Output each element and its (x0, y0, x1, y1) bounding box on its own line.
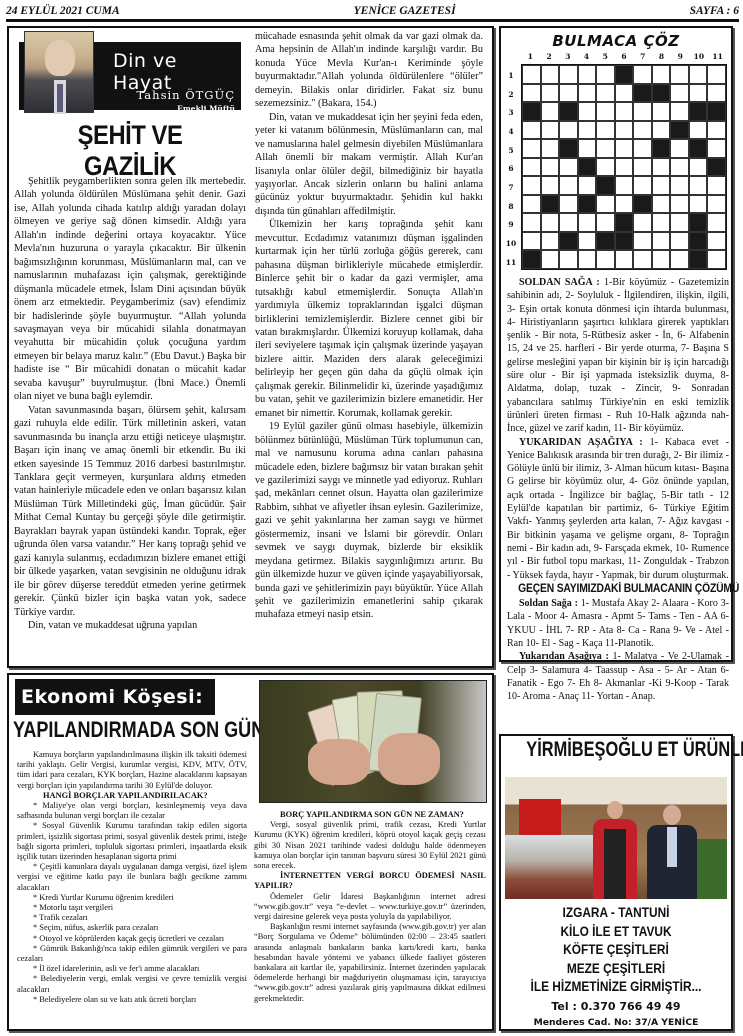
crossword-cell[interactable] (633, 139, 652, 158)
crossword-cell[interactable] (596, 102, 615, 121)
author-face (45, 40, 75, 76)
crossword-cell[interactable] (633, 250, 652, 269)
crossword-black-cell (652, 84, 671, 103)
ad-line: KİLO İLE ET TAVUK (515, 923, 717, 942)
author-photo (24, 31, 94, 113)
clues-down-label: YUKARIDAN AŞAĞIYA : (519, 437, 643, 448)
crossword-cell[interactable] (633, 65, 652, 84)
paragraph: Şehitlik peygamberlikten sonra gelen ilk… (14, 175, 246, 404)
crossword-black-cell (615, 65, 634, 84)
crossword-cell[interactable] (522, 176, 541, 195)
solution-down: Yukarıdan Aşağıya : 1- Malatya - Ve 2-Ul… (507, 650, 729, 703)
crossword-cell[interactable] (522, 213, 541, 232)
clues-across-label: SOLDAN SAĞA : (519, 277, 600, 288)
crossword-black-cell (689, 213, 708, 232)
paragraph: Vatan savunmasında başarı, ölürsem şehit… (14, 404, 246, 619)
crossword-black-cell (596, 176, 615, 195)
crossword-cell[interactable] (670, 65, 689, 84)
paragraph: Ülkemizin her karış toprağında şehit kan… (255, 218, 483, 420)
crossword-cell[interactable] (670, 176, 689, 195)
crossword-cell[interactable] (670, 250, 689, 269)
crossword-black-cell (559, 102, 578, 121)
crossword-cell[interactable] (652, 195, 671, 214)
paragraph: mücahade esnasında şehit olmak da var ga… (255, 30, 483, 111)
crossword-cell[interactable] (522, 195, 541, 214)
solution-across-label: Soldan Sağa : (519, 598, 578, 609)
crossword-cell[interactable] (578, 213, 597, 232)
crossword-cell[interactable] (689, 65, 708, 84)
crossword-black-cell (707, 158, 726, 177)
clues-across: SOLDAN SAĞA : 1-Bir köyümüz - Gazetemizi… (507, 276, 729, 436)
crossword-cell[interactable] (615, 158, 634, 177)
crossword-black-cell (615, 213, 634, 232)
list-item: * Otoyol ve köprülerden kaçak geçiş ücre… (17, 934, 247, 944)
author-tie (57, 84, 63, 112)
ad-line: İLE HİZMETİNİZE GİRMİŞTİR... (515, 978, 717, 997)
list-item: * Motorlu taşıt vergileri (17, 903, 247, 913)
meat-display-counter (505, 835, 600, 899)
crossword-cell[interactable] (652, 102, 671, 121)
crossword-row-numbers: 1234567891011 (503, 66, 519, 272)
shop-photo (505, 777, 727, 899)
crossword-black-cell (578, 195, 597, 214)
crossword-cell[interactable] (689, 195, 708, 214)
paragraph: Din, vatan ve mukaddesat uğruna yapılan (14, 619, 246, 632)
crossword-black-cell (689, 102, 708, 121)
row-number: 9 (503, 220, 519, 229)
crossword-cell[interactable] (670, 84, 689, 103)
list-item: * İl özel idarelerinin, asli ve fer'i am… (17, 964, 247, 974)
subheading: İNTERNETTEN VERGİ BORCU ÖDEMESİ NASIL YA… (254, 871, 486, 891)
article-headline: ŞEHİT VE GAZİLİK (31, 120, 230, 182)
paragraph: 19 Eylül gaziler günü olması hasebiyle, … (255, 420, 483, 622)
crossword-cell[interactable] (670, 139, 689, 158)
crossword-cell[interactable] (578, 65, 597, 84)
crossword-cell[interactable] (633, 158, 652, 177)
ad-phone: Tel : 0.370 766 49 49 (501, 1000, 731, 1013)
right-hand (378, 733, 440, 785)
solution-across: Soldan Sağa : 1- Mustafa Akay 2- Alaara … (507, 597, 729, 650)
crossword-cell[interactable] (652, 250, 671, 269)
crossword-cell[interactable] (707, 250, 726, 269)
crossword-cell[interactable] (652, 232, 671, 251)
crossword-cell[interactable] (689, 121, 708, 140)
column-number: 4 (577, 52, 596, 61)
crossword-cell[interactable] (707, 121, 726, 140)
ad-address: Menderes Cad. No: 37/A YENİCE (501, 1017, 731, 1028)
crossword-cell[interactable] (559, 176, 578, 195)
crossword-cell[interactable] (652, 158, 671, 177)
issue-date: 24 EYLÜL 2021 CUMA (6, 5, 120, 17)
crossword-black-cell (541, 195, 560, 214)
column-number: 5 (596, 52, 615, 61)
crossword-cell[interactable] (522, 65, 541, 84)
crossword-black-cell (522, 250, 541, 269)
crossword-column-numbers: 1234567891011 (521, 52, 727, 61)
author-name: Tahsin ÖTGÜÇ (137, 88, 235, 102)
clues-down: YUKARIDAN AŞAĞIYA : 1- Kabaca evet - Yen… (507, 436, 729, 582)
crossword-cell[interactable] (559, 84, 578, 103)
crossword-cell[interactable] (578, 250, 597, 269)
crossword-cell[interactable] (578, 176, 597, 195)
crossword-cell[interactable] (522, 84, 541, 103)
flower-stand (697, 839, 727, 899)
crossword-cell[interactable] (707, 65, 726, 84)
column-number: 11 (708, 52, 727, 61)
row-number: 10 (503, 239, 519, 248)
crossword-cell[interactable] (596, 84, 615, 103)
list-item: * Belediyelere olan su ve katı atık ücre… (17, 995, 247, 1005)
row-number: 7 (503, 183, 519, 192)
crossword-cell[interactable] (670, 102, 689, 121)
crossword-black-cell (652, 139, 671, 158)
crossword-cell[interactable] (578, 139, 597, 158)
list-item: * Seçim, nüfus, askerlik para cezaları (17, 923, 247, 933)
list-item: * Kredi Yurtlar Kurumu öğrenim kredileri (17, 893, 247, 903)
ad-title: YİRMİBEŞOĞLU ET ÜRÜNLERİ (526, 738, 705, 762)
crossword-cell[interactable] (541, 139, 560, 158)
crossword-cell[interactable] (522, 232, 541, 251)
crossword-cell[interactable] (596, 195, 615, 214)
economy-column-2: BORÇ YAPILANDIRMA SON GÜN NE ZAMAN? Verg… (254, 810, 486, 1004)
row-number: 6 (503, 164, 519, 173)
crossword-title: BULMACA ÇÖZ (501, 32, 731, 50)
paragraph: Ödemeler Gelir İdaresi Başkanlığının int… (254, 892, 486, 923)
crossword-cell[interactable] (559, 250, 578, 269)
column-number: 6 (615, 52, 634, 61)
column-article: Din ve Hayat Tahsin ÖTGÜÇ Emekli Müftü Ş… (7, 26, 494, 668)
crossword-cell[interactable] (596, 121, 615, 140)
column-number: 10 (690, 52, 709, 61)
crossword-cell[interactable] (596, 158, 615, 177)
crossword-cell[interactable] (541, 232, 560, 251)
intro-paragraph: Kamuya borçların yapılandırılmasına iliş… (17, 750, 247, 791)
crossword-puzzle: BULMACA ÇÖZ 1234567891011 1234567891011 … (499, 26, 733, 662)
crossword-cell[interactable] (707, 232, 726, 251)
column-number: 8 (652, 52, 671, 61)
crossword-cell[interactable] (633, 232, 652, 251)
crossword-cell[interactable] (670, 158, 689, 177)
crossword-cell[interactable] (689, 176, 708, 195)
crossword-cell[interactable] (559, 213, 578, 232)
masthead: 24 EYLÜL 2021 CUMA YENİCE GAZETESİ SAYFA… (6, 2, 739, 20)
crossword-cell[interactable] (652, 65, 671, 84)
crossword-clues: SOLDAN SAĞA : 1-Bir köyümüz - Gazetemizi… (507, 276, 729, 704)
crossword-cell[interactable] (541, 65, 560, 84)
list-item: * Trafik cezaları (17, 913, 247, 923)
row-number: 5 (503, 146, 519, 155)
crossword-black-cell (633, 195, 652, 214)
ad-line: IZGARA - TANTUNİ (515, 904, 717, 923)
crossword-cell[interactable] (541, 158, 560, 177)
crossword-cell[interactable] (689, 84, 708, 103)
ad-line: KÖFTE ÇEŞİTLERİ (515, 941, 717, 960)
crossword-cell[interactable] (670, 213, 689, 232)
crossword-cell[interactable] (559, 121, 578, 140)
crossword-cell[interactable] (541, 176, 560, 195)
crossword-cell[interactable] (615, 121, 634, 140)
crossword-cell[interactable] (578, 84, 597, 103)
section-badge: Ekonomi Köşesi: (15, 679, 215, 715)
crossword-cell[interactable] (578, 102, 597, 121)
list-item: * Gümrük Bakanlığı'nca takip edilen gümr… (17, 944, 247, 964)
crossword-cell[interactable] (578, 232, 597, 251)
article-column-2: mücahade esnasında şehit olmak da var ga… (255, 30, 483, 622)
clues-down-text: 1- Kabaca evet - Yenice Balıkısık arasın… (507, 437, 729, 581)
list-item: * Sosyal Güvenlik Kurumu tarafından taki… (17, 821, 247, 862)
masthead-divider (6, 19, 739, 22)
crossword-cell[interactable] (707, 195, 726, 214)
list-item: * Çeşitli kanunlara dayalı uygulanan dam… (17, 862, 247, 893)
crossword-black-cell (633, 84, 652, 103)
crossword-cell[interactable] (633, 213, 652, 232)
left-hand (308, 739, 370, 785)
crossword-cell[interactable] (707, 84, 726, 103)
crossword-cell[interactable] (652, 176, 671, 195)
crossword-black-cell (596, 232, 615, 251)
crossword-cell[interactable] (578, 121, 597, 140)
economy-column-1: Kamuya borçların yapılandırılmasına iliş… (17, 750, 247, 1005)
column-number: 7 (633, 52, 652, 61)
crossword-cell[interactable] (615, 176, 634, 195)
column-number: 9 (671, 52, 690, 61)
butcher-advertisement: YİRMİBEŞOĞLU ET ÜRÜNLERİ IZGARA - TANTUN… (499, 734, 733, 1031)
crossword-cell[interactable] (596, 250, 615, 269)
crossword-black-cell (522, 102, 541, 121)
author-title: Emekli Müftü (177, 104, 235, 113)
crossword-cell[interactable] (559, 195, 578, 214)
crossword-black-cell (670, 121, 689, 140)
crossword-cell[interactable] (633, 102, 652, 121)
row-number: 11 (503, 258, 519, 267)
subheading: HANGİ BORÇLAR YAPILANDIRILACAK? (17, 791, 247, 801)
crossword-cell[interactable] (615, 195, 634, 214)
crossword-cell[interactable] (615, 139, 634, 158)
economy-article: Ekonomi Köşesi: YAPILANDIRMADA SON GÜNLE… (7, 673, 494, 1031)
economy-headline: YAPILANDIRMADA SON GÜNLER (13, 717, 207, 743)
column-number: 3 (558, 52, 577, 61)
crossword-cell[interactable] (670, 195, 689, 214)
crossword-black-cell (689, 232, 708, 251)
crossword-cell[interactable] (707, 139, 726, 158)
crossword-cell[interactable] (615, 84, 634, 103)
row-number: 3 (503, 108, 519, 117)
crossword-cell[interactable] (615, 250, 634, 269)
crossword-black-cell (707, 102, 726, 121)
crossword-cell[interactable] (707, 176, 726, 195)
crossword-cell[interactable] (559, 65, 578, 84)
crossword-black-cell (689, 250, 708, 269)
row-number: 1 (503, 71, 519, 80)
crossword-cell[interactable] (596, 213, 615, 232)
crossword-black-cell (559, 139, 578, 158)
crossword-cell[interactable] (522, 158, 541, 177)
crossword-cell[interactable] (522, 139, 541, 158)
solution-title: GEÇEN SAYIMIZDAKİ BULMACANIN ÇÖZÜMÜ (518, 583, 718, 596)
paragraph: Başkanlığın resmi internet sayfasında (w… (254, 922, 486, 1004)
crossword-cell[interactable] (541, 213, 560, 232)
ad-services: IZGARA - TANTUNİ KİLO İLE ET TAVUK KÖFTE… (501, 904, 731, 997)
article-column-1: Şehitlik peygamberlikten sonra gelen ilk… (14, 175, 246, 632)
crossword-cell[interactable] (707, 213, 726, 232)
crossword-cell[interactable] (633, 121, 652, 140)
page-number: SAYFA : 6 (690, 5, 739, 17)
column-number: 2 (540, 52, 559, 61)
crossword-black-cell (689, 139, 708, 158)
crossword-cell[interactable] (670, 232, 689, 251)
row-number: 8 (503, 202, 519, 211)
subheading: BORÇ YAPILANDIRMA SON GÜN NE ZAMAN? (254, 810, 486, 820)
crossword-cell[interactable] (522, 121, 541, 140)
column-number: 1 (521, 52, 540, 61)
crossword-cell[interactable] (689, 158, 708, 177)
ad-line: MEZE ÇEŞİTLERİ (515, 960, 717, 979)
paragraph: Vergi, sosyal güvenlik primi, trafik cez… (254, 820, 486, 871)
crossword-cell[interactable] (652, 121, 671, 140)
list-item: * Maliye'ye olan vergi borçları, kesinle… (17, 801, 247, 821)
crossword-cell[interactable] (541, 250, 560, 269)
crossword-cell[interactable] (596, 65, 615, 84)
clues-across-text: 1-Bir köyümüz - Gazetemizin sahibinin ad… (507, 277, 729, 434)
crossword-cell[interactable] (615, 102, 634, 121)
crossword-cell[interactable] (541, 84, 560, 103)
crossword-black-cell (578, 158, 597, 177)
crossword-black-cell (559, 232, 578, 251)
row-number: 4 (503, 127, 519, 136)
money-photo (259, 680, 487, 803)
butcher-person (593, 801, 637, 899)
crossword-cell[interactable] (541, 102, 560, 121)
newspaper-name: YENİCE GAZETESİ (354, 5, 456, 17)
crossword-grid[interactable] (521, 64, 727, 270)
crossword-cell[interactable] (559, 158, 578, 177)
crossword-cell[interactable] (541, 121, 560, 140)
owner-person (647, 805, 697, 899)
crossword-cell[interactable] (652, 213, 671, 232)
paragraph: Din, vatan ve mukaddesat için her şeyini… (255, 111, 483, 219)
list-item: * Belediyelerin vergi, emlak vergisi ve … (17, 974, 247, 994)
crossword-cell[interactable] (633, 176, 652, 195)
row-number: 2 (503, 90, 519, 99)
crossword-cell[interactable] (596, 139, 615, 158)
crossword-black-cell (615, 232, 634, 251)
solution-down-label: Yukarıdan Aşağıya : (519, 651, 609, 662)
